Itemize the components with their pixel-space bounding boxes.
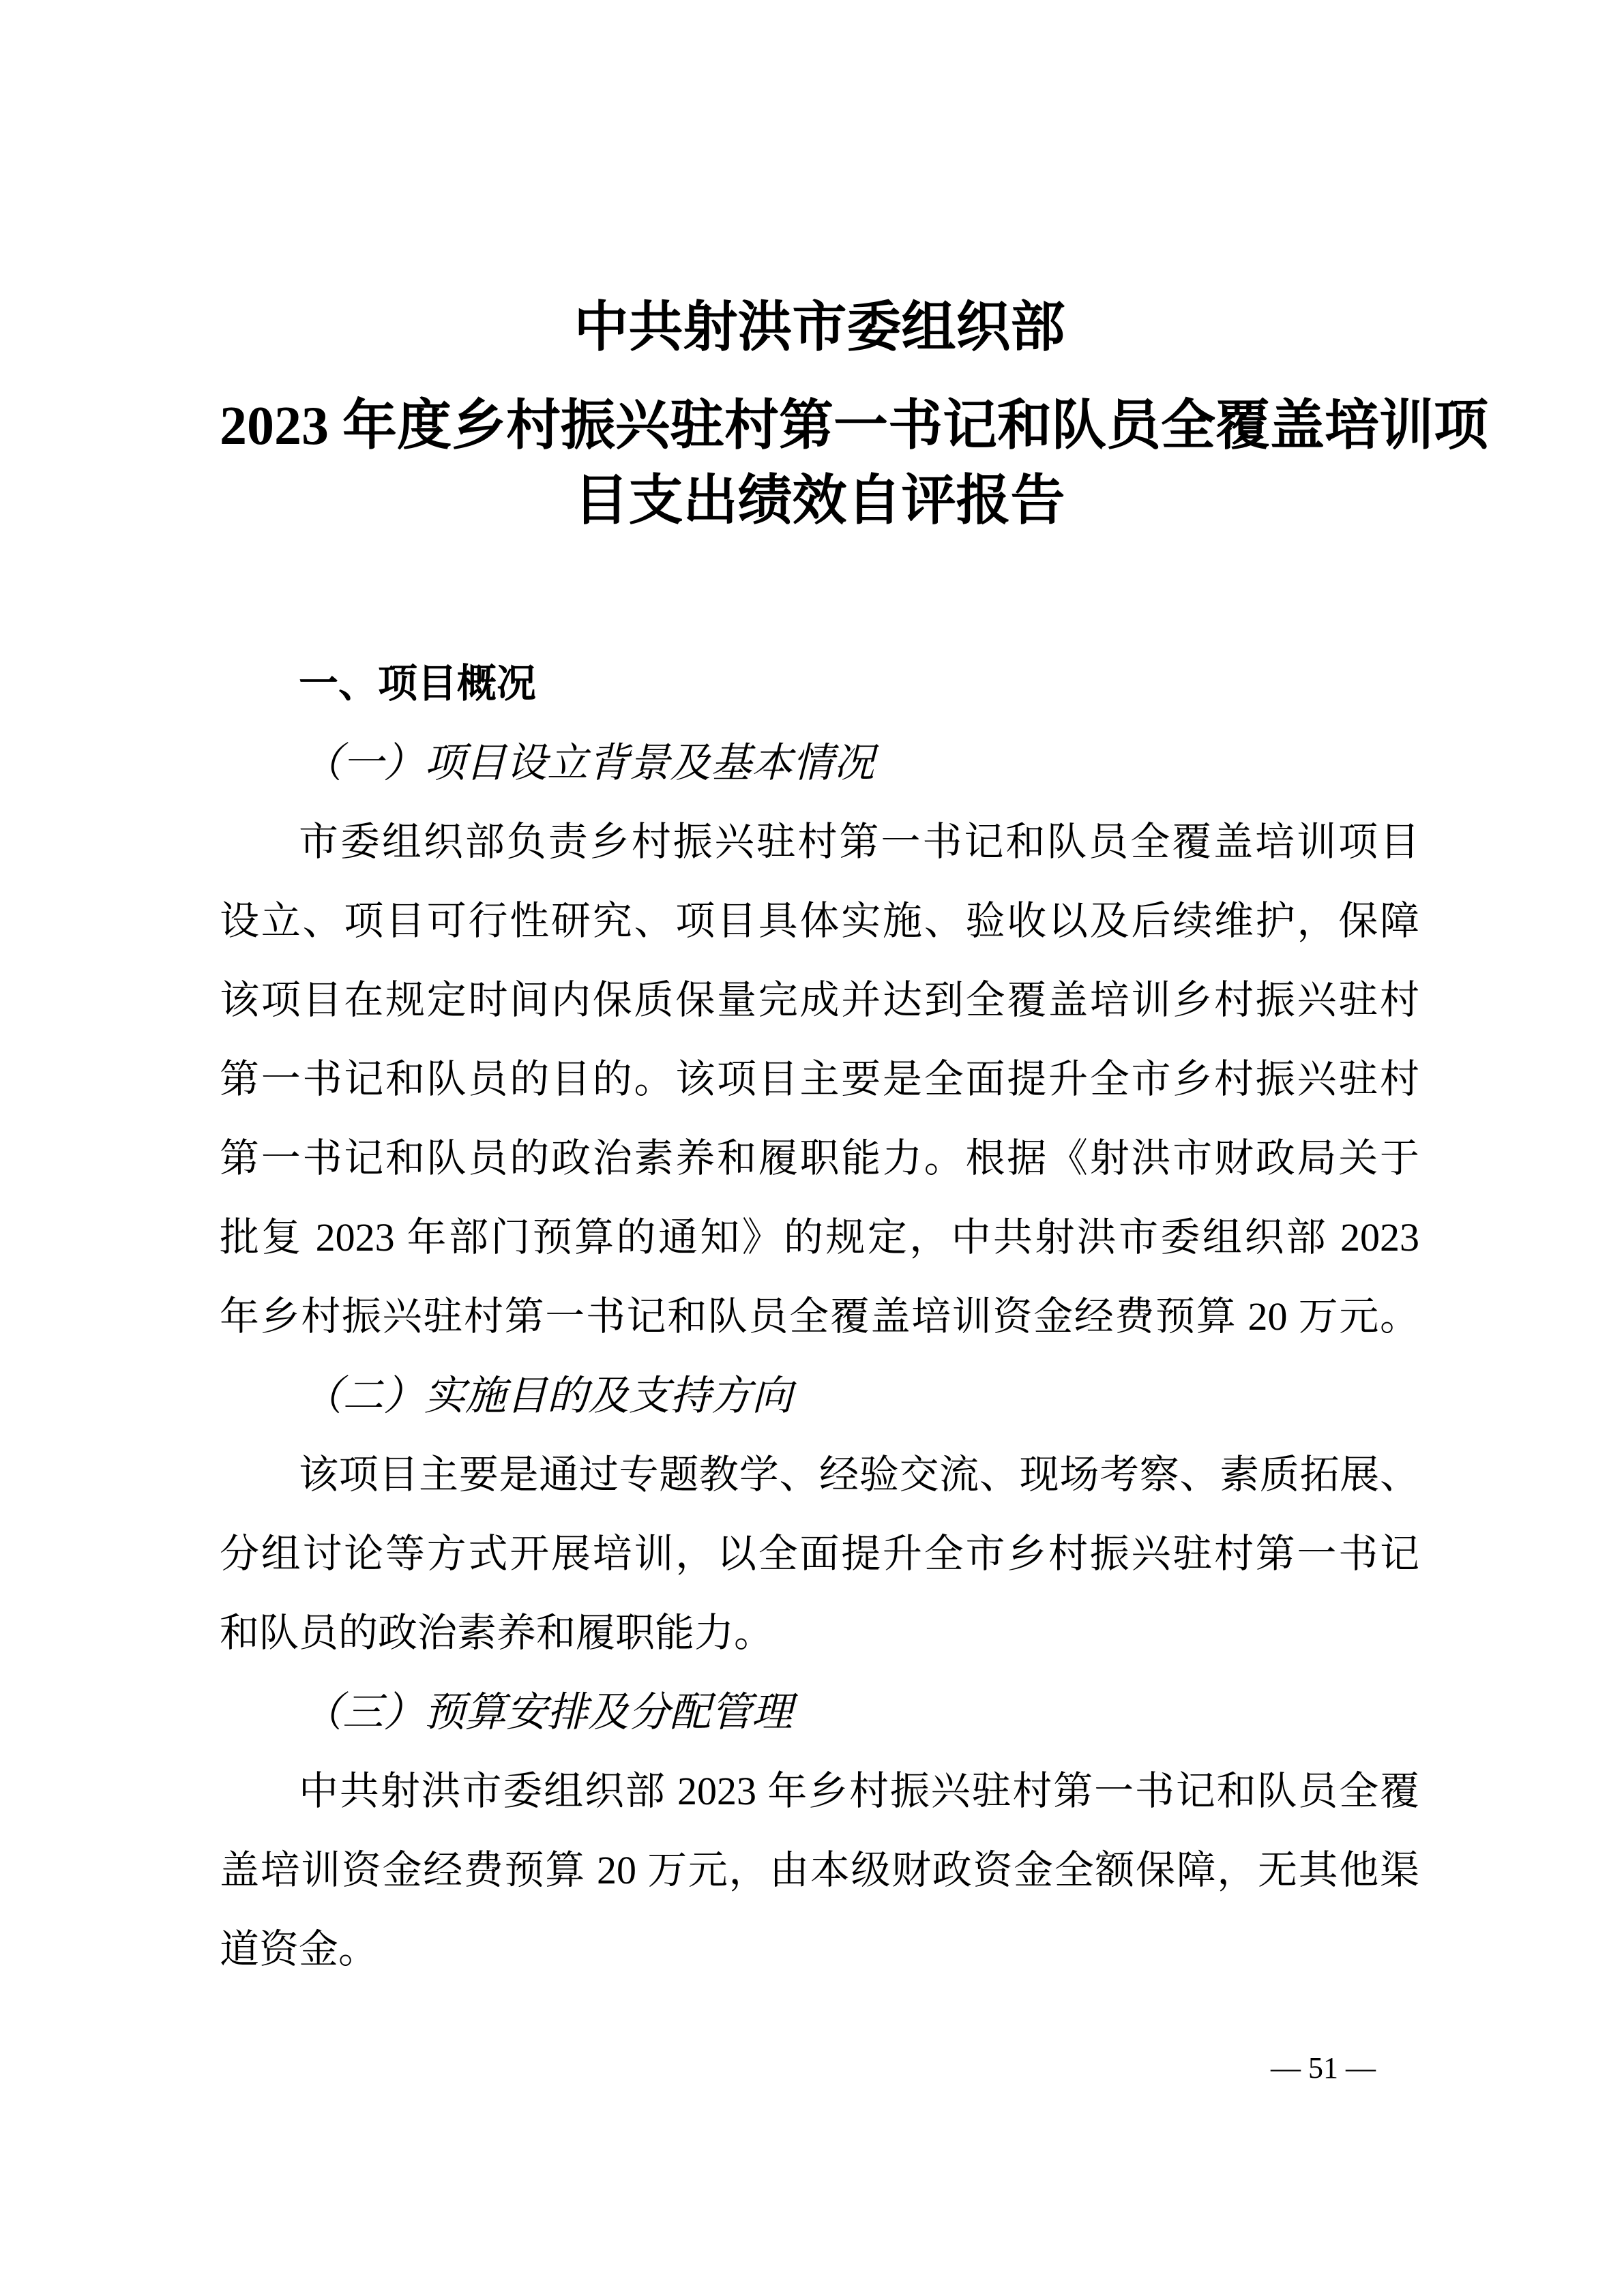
heading-line: （二）实施目的及支持方向 xyxy=(220,1356,1419,1435)
body-text-line: 和队员的政治素养和履职能力。 xyxy=(220,1594,1419,1673)
body-text-line: 年乡村振兴驻村第一书记和队员全覆盖培训资金经费预算 20 万元。 xyxy=(220,1277,1419,1356)
body-text-line: 中共射洪市委组织部 2023 年乡村振兴驻村第一书记和队员全覆 xyxy=(220,1752,1419,1831)
body-text-line: 第一书记和队员的政治素养和履职能力。根据《射洪市财政局关于 xyxy=(220,1119,1419,1198)
heading-line: （三）预算安排及分配管理 xyxy=(220,1673,1419,1752)
body-text-line: 道资金。 xyxy=(220,1910,1419,1989)
body-text-line: 盖培训资金经费预算 20 万元，由本级财政资金全额保障，无其他渠 xyxy=(220,1831,1419,1910)
body-text-line: 第一书记和队员的目的。该项目主要是全面提升全市乡村振兴驻村 xyxy=(220,1040,1419,1119)
body-text-line: 市委组织部负责乡村振兴驻村第一书记和队员全覆盖培训项目 xyxy=(220,803,1419,882)
body-text-line: 该项目在规定时间内保质保量完成并达到全覆盖培训乡村振兴驻村 xyxy=(220,961,1419,1040)
page-number: — 51 — xyxy=(1271,2047,1376,2089)
document-title-org: 中共射洪市委组织部 xyxy=(220,290,1419,366)
body-text-line: 该项目主要是通过专题教学、经验交流、现场考察、素质拓展、 xyxy=(220,1435,1419,1515)
document-title-line-1: 2023 年度乡村振兴驻村第一书记和队员全覆盖培训项 xyxy=(220,389,1419,464)
body-text-line: 批复 2023 年部门预算的通知》的规定，中共射洪市委组织部 2023 xyxy=(220,1198,1419,1277)
document-page: 中共射洪市委组织部 2023 年度乡村振兴驻村第一书记和队员全覆盖培训项 目支出… xyxy=(0,0,1624,2296)
document-title-line-2: 目支出绩效自评报告 xyxy=(220,464,1419,539)
document-body: 一、项目概况（一）项目设立背景及基本情况市委组织部负责乡村振兴驻村第一书记和队员… xyxy=(220,644,1419,1989)
heading-line: （一）项目设立背景及基本情况 xyxy=(220,724,1419,803)
body-text-line: 设立、项目可行性研究、项目具体实施、验收以及后续维护，保障 xyxy=(220,882,1419,961)
body-text-line: 分组讨论等方式开展培训，以全面提升全市乡村振兴驻村第一书记 xyxy=(220,1515,1419,1594)
heading-line: 一、项目概况 xyxy=(220,644,1419,724)
